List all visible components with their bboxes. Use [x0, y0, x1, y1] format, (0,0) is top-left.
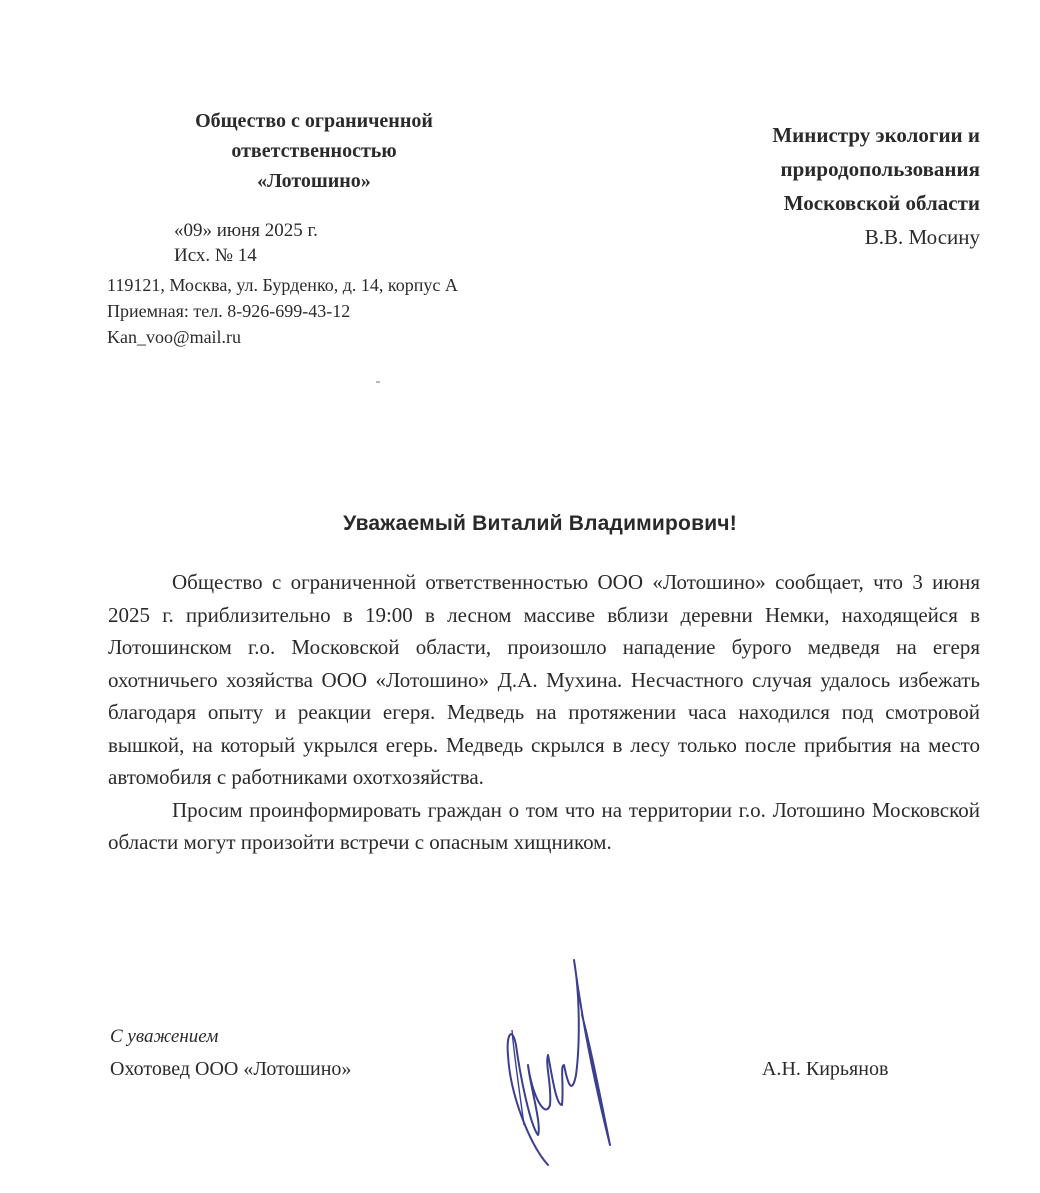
recipient-name: В.В. Мосину [772, 220, 980, 254]
outgoing-number: Исх. № 14 [174, 245, 257, 267]
letter-date: «09» июня 2025 г. [174, 220, 318, 242]
sender-organization: Общество с ограниченной ответственностью… [150, 106, 478, 196]
sender-org-line: ответственностью [150, 136, 478, 166]
sender-org-line: Общество с ограниченной [150, 106, 478, 136]
recipient-line: природопользования [772, 152, 980, 186]
body-paragraph: Просим проинформировать граждан о том чт… [108, 794, 980, 859]
sender-org-line: «Лотошино» [150, 166, 478, 196]
sender-contacts: 119121, Москва, ул. Бурденко, д. 14, кор… [107, 272, 458, 350]
letter-body: Общество с ограниченной ответственностью… [108, 566, 980, 859]
sender-email: Kan_voo@mail.ru [107, 324, 458, 350]
closing-regards: С уважением [110, 1026, 218, 1048]
signer-position: Охотовед ООО «Лотошино» [110, 1058, 351, 1081]
signature-icon [490, 955, 630, 1175]
scan-speck [376, 381, 380, 383]
sender-phone: Приемная: тел. 8-926-699-43-12 [107, 298, 458, 324]
body-paragraph: Общество с ограниченной ответственностью… [108, 566, 980, 794]
recipient-block: Министру экологии и природопользования М… [772, 118, 980, 254]
greeting: Уважаемый Виталий Владимирович! [0, 512, 1040, 536]
recipient-line: Московской области [772, 186, 980, 220]
recipient-line: Министру экологии и [772, 118, 980, 152]
sender-address: 119121, Москва, ул. Бурденко, д. 14, кор… [107, 272, 458, 298]
signer-name: А.Н. Кирьянов [762, 1058, 888, 1081]
